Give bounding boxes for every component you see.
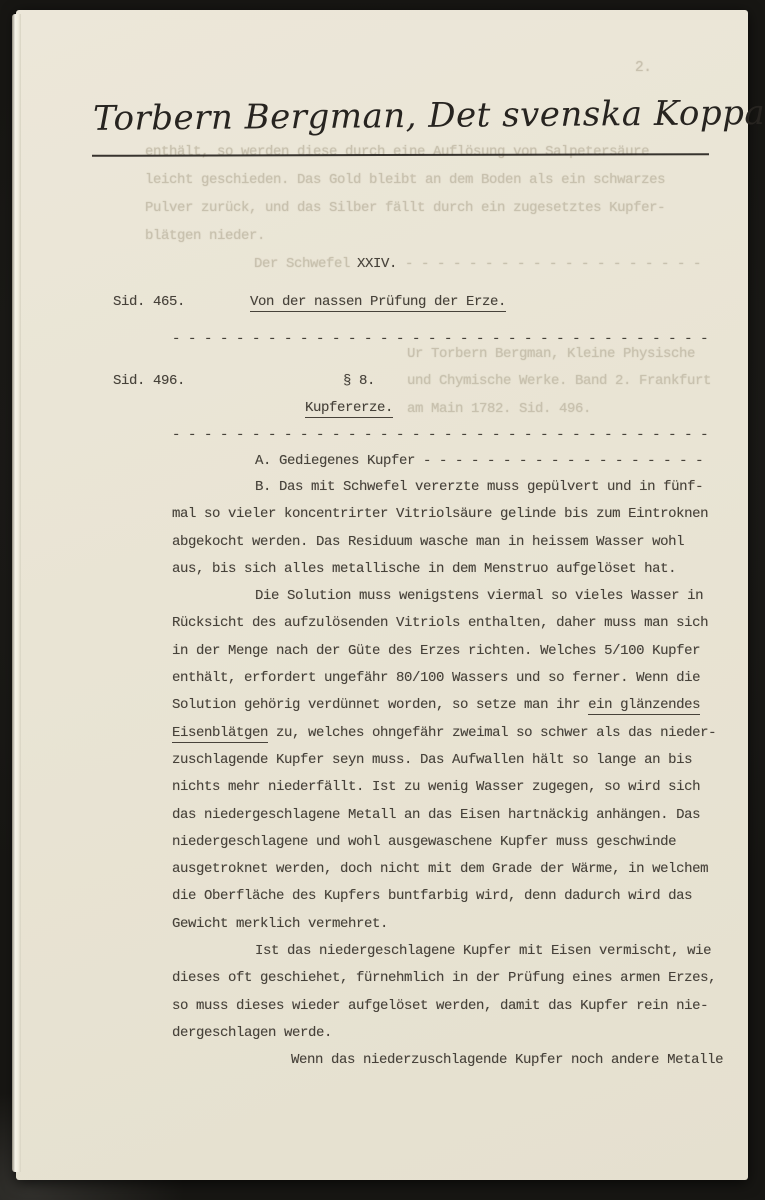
- ghost-chapter-dashes: - - - - - - - - - - - - - - - - - - -: [405, 251, 701, 279]
- handwritten-title: Torbern Bergman, Det svenska Kopparprofv…: [93, 93, 743, 139]
- text-segment: dieses oft geschiehet, fürnehmlich in de…: [172, 970, 716, 986]
- ghost-text-line: blätgen nieder.: [145, 223, 665, 251]
- margin-ref-sid-465: Sid. 465.: [113, 289, 185, 316]
- text-segment: Wenn das niederzuschlagende Kupfer noch …: [291, 1052, 723, 1068]
- text-segment: Solution gehörig verdünnet worden, so se…: [172, 697, 588, 713]
- ghost-text-line: leicht geschieden. Das Gold bleibt an de…: [145, 167, 665, 195]
- text-segment: nichts mehr niederfällt. Ist zu wenig Wa…: [172, 779, 700, 795]
- ghost-citation: Ur Torbern Bergman, Kleine Physischeund …: [407, 341, 711, 423]
- body-text-line: zuschlagende Kupfer seyn muss. Das Aufwa…: [172, 747, 732, 774]
- text-segment: die Oberfläche des Kupfers buntfarbig wi…: [172, 888, 692, 904]
- section-title: Von der nassen Prüfung der Erze.: [250, 289, 506, 316]
- margin-ref-sid-496: Sid. 496.: [113, 368, 185, 395]
- text-segment: zuschlagende Kupfer seyn muss. Das Aufwa…: [172, 752, 692, 768]
- body-text-line: so muss dieses wieder aufgelöset werden,…: [172, 993, 732, 1020]
- body-text-line: enthält, erfordert ungefähr 80/100 Wasse…: [172, 665, 732, 692]
- body-text-line: dergeschlagen werde.: [172, 1020, 732, 1047]
- underlined-phrase: Eisenblätgen: [172, 725, 268, 743]
- text-segment: in der Menge nach der Güte des Erzes ric…: [172, 643, 700, 659]
- body-text-line: B. Das mit Schwefel vererzte muss gepülv…: [172, 474, 732, 501]
- body-text-line: ausgetroknet werden, doch nicht mit dem …: [172, 856, 732, 883]
- body-text-line: Gewicht merklich vermehret.: [172, 911, 732, 938]
- dashed-separator: - - - - - - - - - - - - - - - - - - - - …: [172, 422, 708, 449]
- subsection-title: Kupfererze.: [305, 395, 393, 422]
- text-segment: abgekocht werden. Das Residuum wasche ma…: [172, 534, 684, 550]
- ghost-citation-line: Ur Torbern Bergman, Kleine Physische: [407, 341, 711, 368]
- body-text-line: in der Menge nach der Güte des Erzes ric…: [172, 638, 732, 665]
- body-text-line: Eisenblätgen zu, welches ohngefähr zweim…: [172, 720, 732, 747]
- body-text-line: Die Solution muss wenigstens viermal so …: [172, 583, 732, 610]
- underlined-phrase: ein glänzendes: [588, 697, 700, 715]
- scanned-document-photo: { "colors":{"ink":"#47423a","ghost":"#c8…: [0, 0, 765, 1200]
- body-text-line: Solution gehörig verdünnet worden, so se…: [172, 692, 732, 719]
- text-segment: Gewicht merklich vermehret.: [172, 916, 388, 932]
- body-text-line: nichts mehr niederfällt. Ist zu wenig Wa…: [172, 774, 732, 801]
- body-text-line: die Oberfläche des Kupfers buntfarbig wi…: [172, 883, 732, 910]
- text-segment: Rücksicht des aufzulösenden Vitriols ent…: [172, 615, 708, 631]
- text-segment: so muss dieses wieder aufgelöset werden,…: [172, 998, 708, 1014]
- body-text-line: abgekocht werden. Das Residuum wasche ma…: [172, 529, 732, 556]
- body-text: B. Das mit Schwefel vererzte muss gepülv…: [172, 474, 732, 1075]
- text-segment: dergeschlagen werde.: [172, 1025, 332, 1041]
- text-segment: B. Das mit Schwefel vererzte muss gepülv…: [255, 479, 703, 495]
- body-text-line: Rücksicht des aufzulösenden Vitriols ent…: [172, 610, 732, 637]
- list-item-a: A. Gediegenes Kupfer - - - - - - - - - -…: [255, 448, 703, 475]
- text-segment: aus, bis sich alles metallische in dem M…: [172, 561, 676, 577]
- body-text-line: niedergeschlagene und wohl ausgewaschene…: [172, 829, 732, 856]
- ghost-citation-line: und Chymische Werke. Band 2. Frankfurt: [407, 368, 711, 395]
- chapter-number: XXIV.: [357, 251, 397, 278]
- text-segment: das niedergeschlagene Metall an das Eise…: [172, 807, 700, 823]
- ghost-chapter-prefix: Der Schwefel: [254, 251, 350, 279]
- document-page: 2. enthält, so werden diese durch eine A…: [16, 10, 748, 1180]
- text-segment: zu, welches ohngefähr zweimal so schwer …: [268, 725, 716, 741]
- ghost-page-number: 2.: [635, 55, 652, 83]
- text-segment: Ist das niedergeschlagene Kupfer mit Eis…: [255, 943, 711, 959]
- page-stack-edge: [12, 14, 21, 1172]
- body-text-line: Ist das niedergeschlagene Kupfer mit Eis…: [172, 938, 732, 965]
- body-text-line: mal so vieler koncentrirter Vitriolsäure…: [172, 501, 732, 528]
- ghost-citation-line: am Main 1782. Sid. 496.: [407, 396, 711, 423]
- body-text-line: Wenn das niederzuschlagende Kupfer noch …: [172, 1047, 732, 1074]
- body-text-line: das niedergeschlagene Metall an das Eise…: [172, 802, 732, 829]
- body-text-line: aus, bis sich alles metallische in dem M…: [172, 556, 732, 583]
- text-segment: niedergeschlagene und wohl ausgewaschene…: [172, 834, 676, 850]
- ghost-text-line: Pulver zurück, und das Silber fällt durc…: [145, 195, 665, 223]
- text-segment: enthält, erfordert ungefähr 80/100 Wasse…: [172, 670, 700, 686]
- body-text-line: dieses oft geschiehet, fürnehmlich in de…: [172, 965, 732, 992]
- text-segment: mal so vieler koncentrirter Vitriolsäure…: [172, 506, 708, 522]
- text-segment: Die Solution muss wenigstens viermal so …: [255, 588, 703, 604]
- text-segment: ausgetroknet werden, doch nicht mit dem …: [172, 861, 708, 877]
- paragraph-mark: § 8.: [343, 368, 375, 395]
